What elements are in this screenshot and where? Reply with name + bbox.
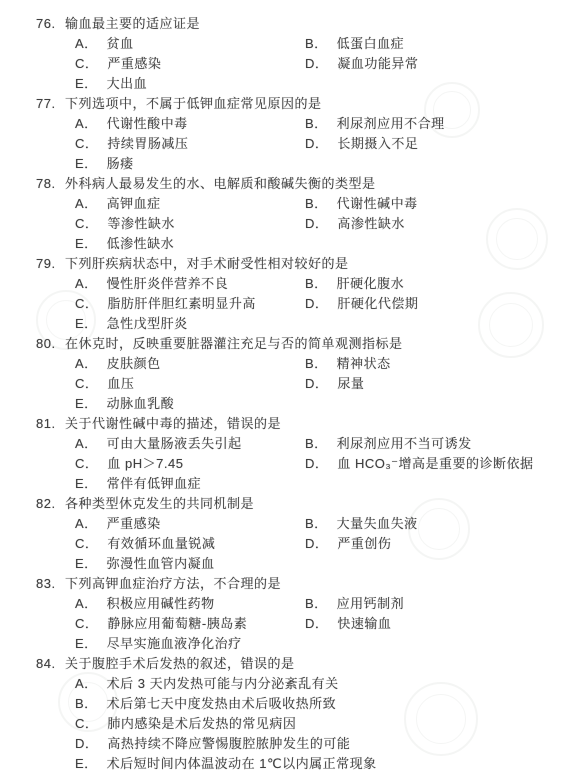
question-block-78: 78.外科病人最易发生的水、电解质和酸碱失衡的类型是 A．高钾血症 B．代谢性碱… [36,174,566,254]
option-text: 低蛋白血症 [337,36,405,51]
option-row: B．术后第七天中度发热由术后吸收热所致 [36,694,566,714]
option-a: A．皮肤颜色 [75,354,305,374]
option-text: 严重感染 [107,516,161,531]
option-text: 持续胃肠减压 [107,136,188,151]
option-label: C． [75,216,98,231]
option-label: C． [75,456,98,471]
option-row: E．肠瘘 [36,154,566,174]
option-label: C． [75,136,98,151]
option-text: 积极应用碱性药物 [107,596,215,611]
option-row: E．大出血 [36,74,566,94]
option-text: 术后短时间内体温波动在 1℃以内属正常现象 [107,756,377,771]
option-text: 术后第七天中度发热由术后吸收热所致 [107,696,337,711]
question-stem: 关于代谢性碱中毒的描述，错误的是 [65,416,281,431]
question-stem-row: 81.关于代谢性碱中毒的描述，错误的是 [36,414,566,434]
option-label: C． [75,536,98,551]
option-text: 术后 3 天内发热可能与内分泌紊乱有关 [107,676,339,691]
option-label: C． [75,376,98,391]
option-row: C．静脉应用葡萄糖-胰岛素 D．快速输血 [36,614,566,634]
option-row: C．血压 D．尿量 [36,374,566,394]
option-row: A．严重感染 B．大量失血失液 [36,514,566,534]
question-block-77: 77.下列选项中，不属于低钾血症常见原因的是 A．代谢性酸中毒 B．利尿剂应用不… [36,94,566,174]
option-text: 高热持续不降应警惕腹腔脓肿发生的可能 [107,736,350,751]
option-c: C．血压 [75,374,305,394]
option-row: A．代谢性酸中毒 B．利尿剂应用不合理 [36,114,566,134]
option-label: E． [75,396,98,411]
option-row: A．皮肤颜色 B．精神状态 [36,354,566,374]
question-stem: 外科病人最易发生的水、电解质和酸碱失衡的类型是 [65,176,376,191]
exam-page: 76.输血最主要的适应证是 A．贫血 B．低蛋白血症 C．严重感染 D．凝血功能… [0,0,580,774]
option-text: 快速输血 [337,616,391,631]
option-label: A． [75,36,98,51]
option-text: 尽早实施血液净化治疗 [107,636,242,651]
question-number: 83. [36,574,65,594]
question-stem: 输血最主要的适应证是 [65,16,200,31]
option-text: 可由大量肠液丢失引起 [107,436,242,451]
option-label: B． [305,116,328,131]
option-a: A．可由大量肠液丢失引起 [75,434,305,454]
option-text: 血 pH＞7.45 [107,456,183,471]
option-row: C．严重感染 D．凝血功能异常 [36,54,566,74]
option-row: E．术后短时间内体温波动在 1℃以内属正常现象 [36,754,566,774]
option-row: E．动脉血乳酸 [36,394,566,414]
option-text: 利尿剂应用不合理 [337,116,445,131]
option-text: 肠瘘 [107,156,134,171]
question-number: 79. [36,254,65,274]
question-number: 77. [36,94,65,114]
option-a: A．贫血 [75,34,305,54]
question-stem-row: 83.下列高钾血症治疗方法，不合理的是 [36,574,566,594]
option-c: C．严重感染 [75,54,305,74]
option-row: E．低渗性缺水 [36,234,566,254]
option-label: C． [75,616,98,631]
option-e: E．尽早实施血液净化治疗 [75,634,305,654]
option-label: B． [305,276,328,291]
option-text: 高钾血症 [107,196,161,211]
option-row: C．持续胃肠减压 D．长期摄入不足 [36,134,566,154]
option-label: B． [305,36,328,51]
question-number: 84. [36,654,65,674]
option-a: A．高钾血症 [75,194,305,214]
option-label: D． [75,736,98,751]
option-text: 弥漫性血管内凝血 [107,556,215,571]
option-c: C．脂肪肝伴胆红素明显升高 [75,294,305,314]
option-label: D． [305,616,328,631]
option-text: 大量失血失液 [337,516,418,531]
option-label: E． [75,476,98,491]
option-d: D．严重创伤 [305,534,391,554]
option-label: A． [75,276,98,291]
option-text: 血压 [107,376,134,391]
option-row: C．血 pH＞7.45 D．血 HCO₃⁻增高是重要的诊断依据 [36,454,566,474]
option-row: E．尽早实施血液净化治疗 [36,634,566,654]
question-block-79: 79.下列肝疾病状态中，对手术耐受性相对较好的是 A．慢性肝炎伴营养不良 B．肝… [36,254,566,334]
question-number: 76. [36,14,65,34]
question-number: 81. [36,414,65,434]
option-row: C．等渗性缺水 D．高渗性缺水 [36,214,566,234]
question-number: 82. [36,494,65,514]
option-text: 严重创伤 [337,536,391,551]
option-text: 应用钙制剂 [337,596,405,611]
option-c: C．肺内感染是术后发热的常见病因 [75,714,296,734]
option-label: D． [305,456,328,471]
option-label: B． [305,196,328,211]
question-stem: 下列高钾血症治疗方法，不合理的是 [65,576,281,591]
question-stem-row: 78.外科病人最易发生的水、电解质和酸碱失衡的类型是 [36,174,566,194]
option-text: 大出血 [107,76,148,91]
option-e: E．术后短时间内体温波动在 1℃以内属正常现象 [75,754,377,774]
option-text: 低渗性缺水 [107,236,175,251]
option-text: 脂肪肝伴胆红素明显升高 [107,296,256,311]
question-stem: 关于腹腔手术后发热的叙述，错误的是 [65,656,295,671]
question-block-81: 81.关于代谢性碱中毒的描述，错误的是 A．可由大量肠液丢失引起 B．利尿剂应用… [36,414,566,494]
option-a: A．积极应用碱性药物 [75,594,305,614]
option-b: B．应用钙制剂 [305,594,404,614]
option-label: B． [305,516,328,531]
option-row: C．脂肪肝伴胆红素明显升高 D．肝硬化代偿期 [36,294,566,314]
question-stem-row: 80.在休克时，反映重要脏器灌注充足与否的简单观测指标是 [36,334,566,354]
option-a: A．代谢性酸中毒 [75,114,305,134]
option-text: 代谢性碱中毒 [337,196,418,211]
option-label: C． [75,56,98,71]
option-text: 凝血功能异常 [337,56,418,71]
question-stem-row: 79.下列肝疾病状态中，对手术耐受性相对较好的是 [36,254,566,274]
option-b: B．术后第七天中度发热由术后吸收热所致 [75,694,336,714]
option-text: 慢性肝炎伴营养不良 [107,276,229,291]
option-a: A．严重感染 [75,514,305,534]
option-text: 肝硬化代偿期 [337,296,418,311]
option-label: A． [75,196,98,211]
option-e: E．弥漫性血管内凝血 [75,554,305,574]
option-row: D．高热持续不降应警惕腹腔脓肿发生的可能 [36,734,566,754]
question-number: 78. [36,174,65,194]
option-d: D．血 HCO₃⁻增高是重要的诊断依据 [305,454,534,474]
option-text: 尿量 [337,376,364,391]
question-stem-row: 76.输血最主要的适应证是 [36,14,566,34]
option-label: A． [75,356,98,371]
option-b: B．大量失血失液 [305,514,418,534]
option-e: E．急性戊型肝炎 [75,314,305,334]
option-label: D． [305,216,328,231]
option-e: E．肠瘘 [75,154,305,174]
question-block-80: 80.在休克时，反映重要脏器灌注充足与否的简单观测指标是 A．皮肤颜色 B．精神… [36,334,566,414]
question-stem: 在休克时，反映重要脏器灌注充足与否的简单观测指标是 [65,336,403,351]
option-label: E． [75,156,98,171]
option-row: A．高钾血症 B．代谢性碱中毒 [36,194,566,214]
option-text: 精神状态 [337,356,391,371]
option-text: 等渗性缺水 [107,216,175,231]
option-row: E．弥漫性血管内凝血 [36,554,566,574]
option-label: A． [75,116,98,131]
question-block-76: 76.输血最主要的适应证是 A．贫血 B．低蛋白血症 C．严重感染 D．凝血功能… [36,14,566,94]
option-text: 贫血 [107,36,134,51]
option-d: D．高热持续不降应警惕腹腔脓肿发生的可能 [75,734,350,754]
option-b: B．低蛋白血症 [305,34,404,54]
option-text: 长期摄入不足 [337,136,418,151]
question-stem-row: 82.各种类型休克发生的共同机制是 [36,494,566,514]
option-b: B．肝硬化腹水 [305,274,404,294]
option-a: A．术后 3 天内发热可能与内分泌紊乱有关 [75,674,339,694]
option-text: 急性戊型肝炎 [107,316,188,331]
option-label: E． [75,236,98,251]
option-e: E．大出血 [75,74,305,94]
option-label: B． [305,356,328,371]
question-number: 80. [36,334,65,354]
option-label: B． [75,696,98,711]
question-stem: 下列选项中，不属于低钾血症常见原因的是 [65,96,322,111]
question-stem-row: 84.关于腹腔手术后发热的叙述，错误的是 [36,654,566,674]
option-label: C． [75,296,98,311]
option-label: D． [305,296,328,311]
option-text: 严重感染 [107,56,161,71]
option-b: B．精神状态 [305,354,391,374]
option-e: E．常伴有低钾血症 [75,474,305,494]
question-stem-row: 77.下列选项中，不属于低钾血症常见原因的是 [36,94,566,114]
option-row: A．积极应用碱性药物 B．应用钙制剂 [36,594,566,614]
option-text: 高渗性缺水 [337,216,405,231]
option-text: 动脉血乳酸 [107,396,175,411]
option-label: A． [75,596,98,611]
option-d: D．高渗性缺水 [305,214,405,234]
option-row: A．贫血 B．低蛋白血症 [36,34,566,54]
option-c: C．静脉应用葡萄糖-胰岛素 [75,614,305,634]
option-label: E． [75,636,98,651]
option-label: B． [305,436,328,451]
option-text: 皮肤颜色 [107,356,161,371]
option-label: E． [75,76,98,91]
option-c: C．血 pH＞7.45 [75,454,305,474]
option-b: B．代谢性碱中毒 [305,194,418,214]
option-label: E． [75,556,98,571]
option-text: 常伴有低钾血症 [107,476,202,491]
option-d: D．尿量 [305,374,364,394]
option-text: 血 HCO₃⁻增高是重要的诊断依据 [337,456,533,471]
option-c: C．持续胃肠减压 [75,134,305,154]
option-c: C．有效循环血量锐减 [75,534,305,554]
option-row: C．肺内感染是术后发热的常见病因 [36,714,566,734]
question-stem: 下列肝疾病状态中，对手术耐受性相对较好的是 [65,256,349,271]
option-d: D．肝硬化代偿期 [305,294,418,314]
option-e: E．低渗性缺水 [75,234,305,254]
option-row: A．术后 3 天内发热可能与内分泌紊乱有关 [36,674,566,694]
option-row: E．急性戊型肝炎 [36,314,566,334]
option-label: A． [75,516,98,531]
option-a: A．慢性肝炎伴营养不良 [75,274,305,294]
option-label: A． [75,676,98,691]
option-text: 肝硬化腹水 [337,276,405,291]
option-c: C．等渗性缺水 [75,214,305,234]
question-block-82: 82.各种类型休克发生的共同机制是 A．严重感染 B．大量失血失液 C．有效循环… [36,494,566,574]
option-row: A．慢性肝炎伴营养不良 B．肝硬化腹水 [36,274,566,294]
option-label: A． [75,436,98,451]
question-block-84: 84.关于腹腔手术后发热的叙述，错误的是 A．术后 3 天内发热可能与内分泌紊乱… [36,654,566,774]
option-text: 代谢性酸中毒 [107,116,188,131]
option-label: D． [305,536,328,551]
option-text: 肺内感染是术后发热的常见病因 [107,716,296,731]
option-d: D．凝血功能异常 [305,54,418,74]
option-label: C． [75,716,98,731]
option-label: D． [305,376,328,391]
question-stem: 各种类型休克发生的共同机制是 [65,496,254,511]
option-label: E． [75,756,98,771]
question-block-83: 83.下列高钾血症治疗方法，不合理的是 A．积极应用碱性药物 B．应用钙制剂 C… [36,574,566,654]
option-b: B．利尿剂应用不合理 [305,114,445,134]
option-label: D． [305,56,328,71]
option-row: C．有效循环血量锐减 D．严重创伤 [36,534,566,554]
option-e: E．动脉血乳酸 [75,394,305,414]
option-label: B． [305,596,328,611]
option-d: D．长期摄入不足 [305,134,418,154]
option-row: E．常伴有低钾血症 [36,474,566,494]
option-text: 静脉应用葡萄糖-胰岛素 [107,616,247,631]
option-text: 有效循环血量锐减 [107,536,215,551]
option-b: B．利尿剂应用不当可诱发 [305,434,472,454]
option-d: D．快速输血 [305,614,391,634]
option-text: 利尿剂应用不当可诱发 [337,436,472,451]
option-label: E． [75,316,98,331]
option-label: D． [305,136,328,151]
option-row: A．可由大量肠液丢失引起 B．利尿剂应用不当可诱发 [36,434,566,454]
